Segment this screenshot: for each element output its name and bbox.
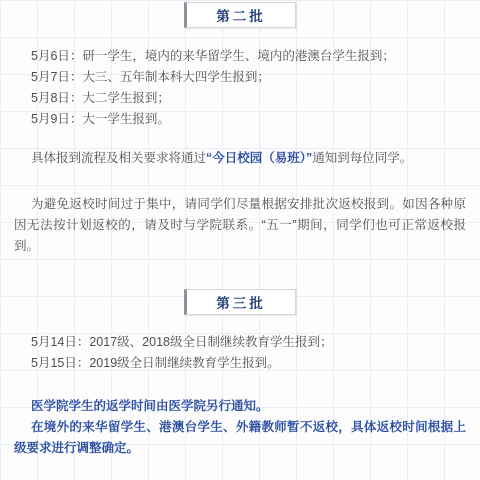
schedule-text: 大一学生报到。 (82, 112, 170, 126)
notice-suffix: 通知到每位同学。 (312, 151, 412, 165)
batch-3-heading-box: 第三批 (184, 289, 296, 315)
schedule-date: 5月7日： (31, 70, 82, 84)
return-arrangement-paragraph: 为避免返校时间过于集中，请同学们尽量根据安排批次返校报到。如因各种原因无法按计划… (14, 194, 466, 257)
schedule-date: 5月15日： (31, 356, 89, 370)
batch-2-heading-box: 第二批 (184, 2, 296, 28)
overseas-students-note: 在境外的来华留学生、港澳台学生、外籍教师暂不返校，具体返校时间根据上级要求进行调… (14, 417, 466, 459)
schedule-line: 5月8日：大二学生报到； (14, 88, 466, 109)
notice-highlight-app-name: “今日校园（易班）” (206, 151, 312, 165)
schedule-date: 5月9日： (31, 112, 82, 126)
schedule-line: 5月7日：大三、五年制本科大四学生报到； (14, 67, 466, 88)
schedule-line: 5月14日：2017级、2018级全日制继续教育学生报到； (14, 332, 466, 353)
schedule-date: 5月14日： (31, 335, 89, 349)
notice-page: 第二批 5月6日：研一学生，境内的来华留学生、境内的港澳台学生报到； 5月7日：… (0, 0, 480, 480)
schedule-text: 大二学生报到； (82, 91, 170, 105)
schedule-date: 5月8日： (31, 91, 82, 105)
batch-2-heading: 第二批 (216, 5, 266, 25)
schedule-text: 研一学生，境内的来华留学生、境内的港澳台学生报到； (82, 49, 395, 63)
schedule-date: 5月6日： (31, 49, 82, 63)
schedule-text: 大三、五年制本科大四学生报到； (82, 70, 270, 84)
schedule-line: 5月6日：研一学生，境内的来华留学生、境内的港澳台学生报到； (14, 46, 466, 67)
schedule-text: 2019级全日制继续教育学生报到。 (89, 356, 279, 370)
schedule-line: 5月9日：大一学生报到。 (14, 109, 466, 130)
batch-3-schedule: 5月14日：2017级、2018级全日制继续教育学生报到； 5月15日：2019… (14, 332, 466, 374)
batch-2-schedule: 5月6日：研一学生，境内的来华留学生、境内的港澳台学生报到； 5月7日：大三、五… (14, 46, 466, 130)
schedule-line: 5月15日：2019级全日制继续教育学生报到。 (14, 353, 466, 374)
special-notes: 医学院学生的返学时间由医学院另行通知。 在境外的来华留学生、港澳台学生、外籍教师… (14, 396, 466, 459)
batch-3-heading: 第三批 (216, 292, 266, 312)
medical-school-note: 医学院学生的返学时间由医学院另行通知。 (14, 396, 466, 417)
registration-process-notice: 具体报到流程及相关要求将通过“今日校园（易班）”通知到每位同学。 (14, 148, 466, 169)
notice-prefix: 具体报到流程及相关要求将通过 (31, 151, 206, 165)
schedule-text: 2017级、2018级全日制继续教育学生报到； (89, 335, 332, 349)
